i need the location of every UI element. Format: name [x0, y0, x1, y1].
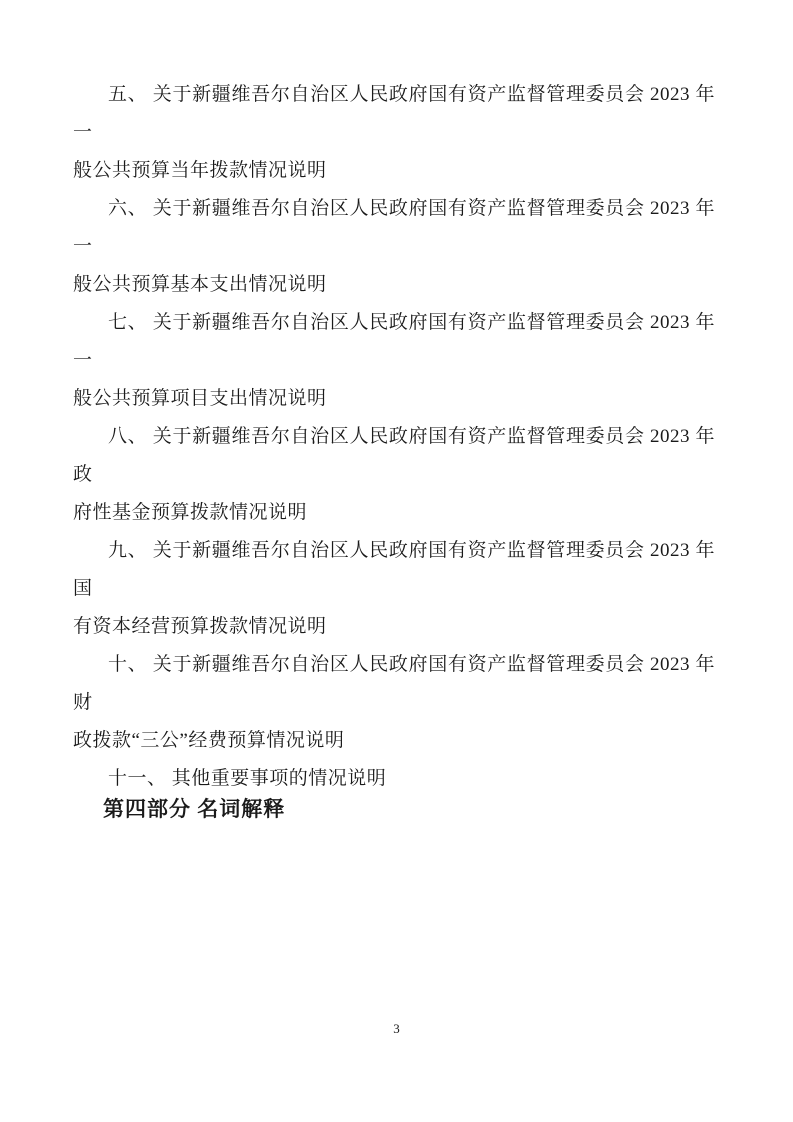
section-heading: 第四部分 名词解释 [73, 790, 715, 828]
toc-line: 五、 关于新疆维吾尔自治区人民政府国有资产监督管理委员会 2023 年一 [73, 76, 715, 152]
toc-line: 八、 关于新疆维吾尔自治区人民政府国有资产监督管理委员会 2023 年政 [73, 418, 715, 494]
toc-line: 七、 关于新疆维吾尔自治区人民政府国有资产监督管理委员会 2023 年一 [73, 304, 715, 380]
toc-line: 有资本经营预算拨款情况说明 [73, 608, 715, 646]
document-page: 五、 关于新疆维吾尔自治区人民政府国有资产监督管理委员会 2023 年一 般公共… [0, 0, 793, 1122]
toc-line: 般公共预算项目支出情况说明 [73, 380, 715, 418]
toc-list: 五、 关于新疆维吾尔自治区人民政府国有资产监督管理委员会 2023 年一 般公共… [73, 76, 715, 828]
toc-line: 政拨款“三公”经费预算情况说明 [73, 722, 715, 760]
toc-line: 般公共预算基本支出情况说明 [73, 266, 715, 304]
toc-item: 九、 关于新疆维吾尔自治区人民政府国有资产监督管理委员会 2023 年国 有资本… [73, 532, 715, 646]
toc-line: 十、 关于新疆维吾尔自治区人民政府国有资产监督管理委员会 2023 年财 [73, 646, 715, 722]
toc-item: 八、 关于新疆维吾尔自治区人民政府国有资产监督管理委员会 2023 年政 府性基… [73, 418, 715, 532]
toc-item: 五、 关于新疆维吾尔自治区人民政府国有资产监督管理委员会 2023 年一 般公共… [73, 76, 715, 190]
toc-item: 七、 关于新疆维吾尔自治区人民政府国有资产监督管理委员会 2023 年一 般公共… [73, 304, 715, 418]
toc-line: 般公共预算当年拨款情况说明 [73, 152, 715, 190]
page-number: 3 [0, 1020, 793, 1038]
toc-line: 府性基金预算拨款情况说明 [73, 494, 715, 532]
toc-line: 六、 关于新疆维吾尔自治区人民政府国有资产监督管理委员会 2023 年一 [73, 190, 715, 266]
toc-item: 十、 关于新疆维吾尔自治区人民政府国有资产监督管理委员会 2023 年财 政拨款… [73, 646, 715, 760]
toc-line: 九、 关于新疆维吾尔自治区人民政府国有资产监督管理委员会 2023 年国 [73, 532, 715, 608]
toc-item: 六、 关于新疆维吾尔自治区人民政府国有资产监督管理委员会 2023 年一 般公共… [73, 190, 715, 304]
